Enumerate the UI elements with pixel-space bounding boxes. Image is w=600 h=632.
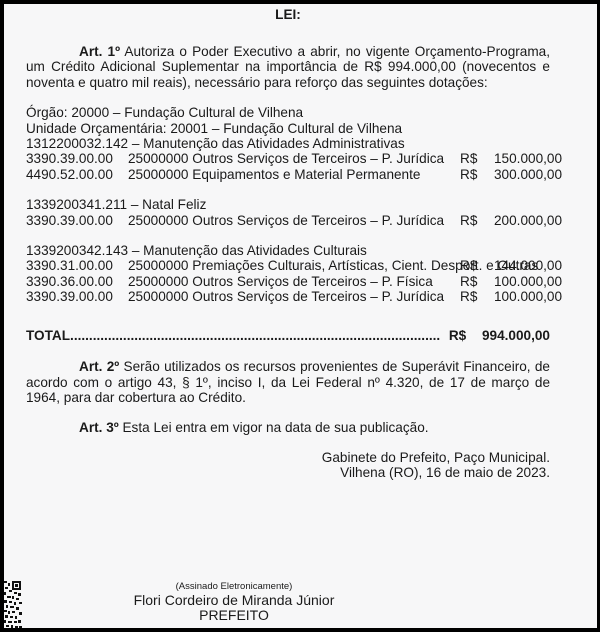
allocation-amount: 300.000,00 [494, 167, 562, 182]
allocation-code: 3390.36.00.00 [26, 274, 128, 289]
allocation-currency: R$ [452, 258, 494, 273]
program-heading: 1312200032.142 – Manutenção das Atividad… [26, 136, 550, 151]
allocation-description: 25000000 Outros Serviços de Terceiros – … [128, 213, 452, 228]
signatory-name: Flori Cordeiro de Miranda Júnior [94, 593, 374, 608]
signatory-role: PREFEITO [94, 608, 374, 623]
signature-block: (Assinado Eletronicamente) Flori Cordeir… [94, 581, 374, 623]
allocation-currency: R$ [452, 151, 494, 166]
article-3: Art. 3º Esta Lei entra em vigor na data … [26, 420, 550, 435]
allocation-row: 3390.36.00.0025000000 Outros Serviços de… [26, 274, 550, 289]
allocation-amount: 200.000,00 [494, 213, 562, 228]
article-1: Art. 1º Autoriza o Poder Executivo a abr… [26, 44, 550, 90]
total-amount: 994.000,00 [482, 328, 550, 343]
article-3-label: Art. 3º [79, 420, 119, 435]
allocation-description: 25000000 Outros Serviços de Terceiros – … [128, 151, 452, 166]
program-heading: 1339200342.143 – Manutenção das Atividad… [26, 243, 550, 258]
section-gap [26, 182, 550, 197]
allocation-code: 4490.52.00.00 [26, 167, 128, 182]
allocation-amount: 144.000,00 [494, 258, 562, 273]
total-currency: R$ [441, 328, 482, 343]
allocation-amount: 100.000,00 [494, 274, 562, 289]
article-2-label: Art. 2º [79, 359, 119, 374]
program-list: 1312200032.142 – Manutenção das Atividad… [26, 136, 550, 305]
article-1-label: Art. 1º [79, 44, 120, 59]
allocation-description: 25000000 Outros Serviços de Terceiros – … [128, 289, 452, 304]
article-3-text: Esta Lei entra em vigor na data de sua p… [119, 420, 429, 435]
allocation-amount: 150.000,00 [494, 151, 562, 166]
document-content: LEI: Art. 1º Autoriza o Poder Executivo … [26, 4, 550, 481]
allocation-currency: R$ [452, 289, 494, 304]
place-line-2: Vilhena (RO), 16 de maio de 2023. [26, 465, 550, 480]
place-line-1: Gabinete do Prefeito, Paço Municipal. [26, 450, 550, 465]
law-title: LEI: [26, 7, 550, 23]
allocation-row: 3390.39.00.0025000000 Outros Serviços de… [26, 289, 550, 304]
budget-allocations: Órgão: 20000 – Fundação Cultural de Vilh… [26, 105, 550, 304]
allocation-row: 3390.31.00.0025000000 Premiações Cultura… [26, 258, 550, 273]
allocation-code: 3390.39.00.00 [26, 289, 128, 304]
allocation-description: 25000000 Premiações Culturais, Artística… [128, 258, 452, 273]
allocation-currency: R$ [452, 167, 494, 182]
allocation-currency: R$ [452, 213, 494, 228]
allocation-amount: 100.000,00 [494, 289, 562, 304]
qr-code-icon[interactable] [4, 578, 22, 628]
orgao-line: Órgão: 20000 – Fundação Cultural de Vilh… [26, 105, 550, 120]
total-label: TOTAL...................................… [26, 328, 441, 343]
place-date: Gabinete do Prefeito, Paço Municipal. Vi… [26, 450, 550, 481]
allocation-code: 3390.31.00.00 [26, 258, 128, 273]
allocation-row: 4490.52.00.0025000000 Equipamentos e Mat… [26, 167, 550, 182]
document-page: LEI: Art. 1º Autoriza o Poder Executivo … [4, 4, 597, 628]
program-heading: 1339200341.211 – Natal Feliz [26, 197, 550, 212]
allocation-row: 3390.39.00.0025000000 Outros Serviços de… [26, 151, 550, 166]
allocation-code: 3390.39.00.00 [26, 213, 128, 228]
total-row: TOTAL...................................… [26, 328, 550, 343]
section-gap [26, 228, 550, 243]
allocation-row: 3390.39.00.0025000000 Outros Serviços de… [26, 213, 550, 228]
allocation-code: 3390.39.00.00 [26, 151, 128, 166]
allocation-description: 25000000 Equipamentos e Material Permane… [128, 167, 452, 182]
article-2: Art. 2º Serão utilizados os recursos pro… [26, 359, 550, 405]
allocation-currency: R$ [452, 274, 494, 289]
scan-border [0, 628, 600, 632]
allocation-description: 25000000 Outros Serviços de Terceiros – … [128, 274, 452, 289]
unidade-line: Unidade Orçamentária: 20001 – Fundação C… [26, 121, 550, 136]
